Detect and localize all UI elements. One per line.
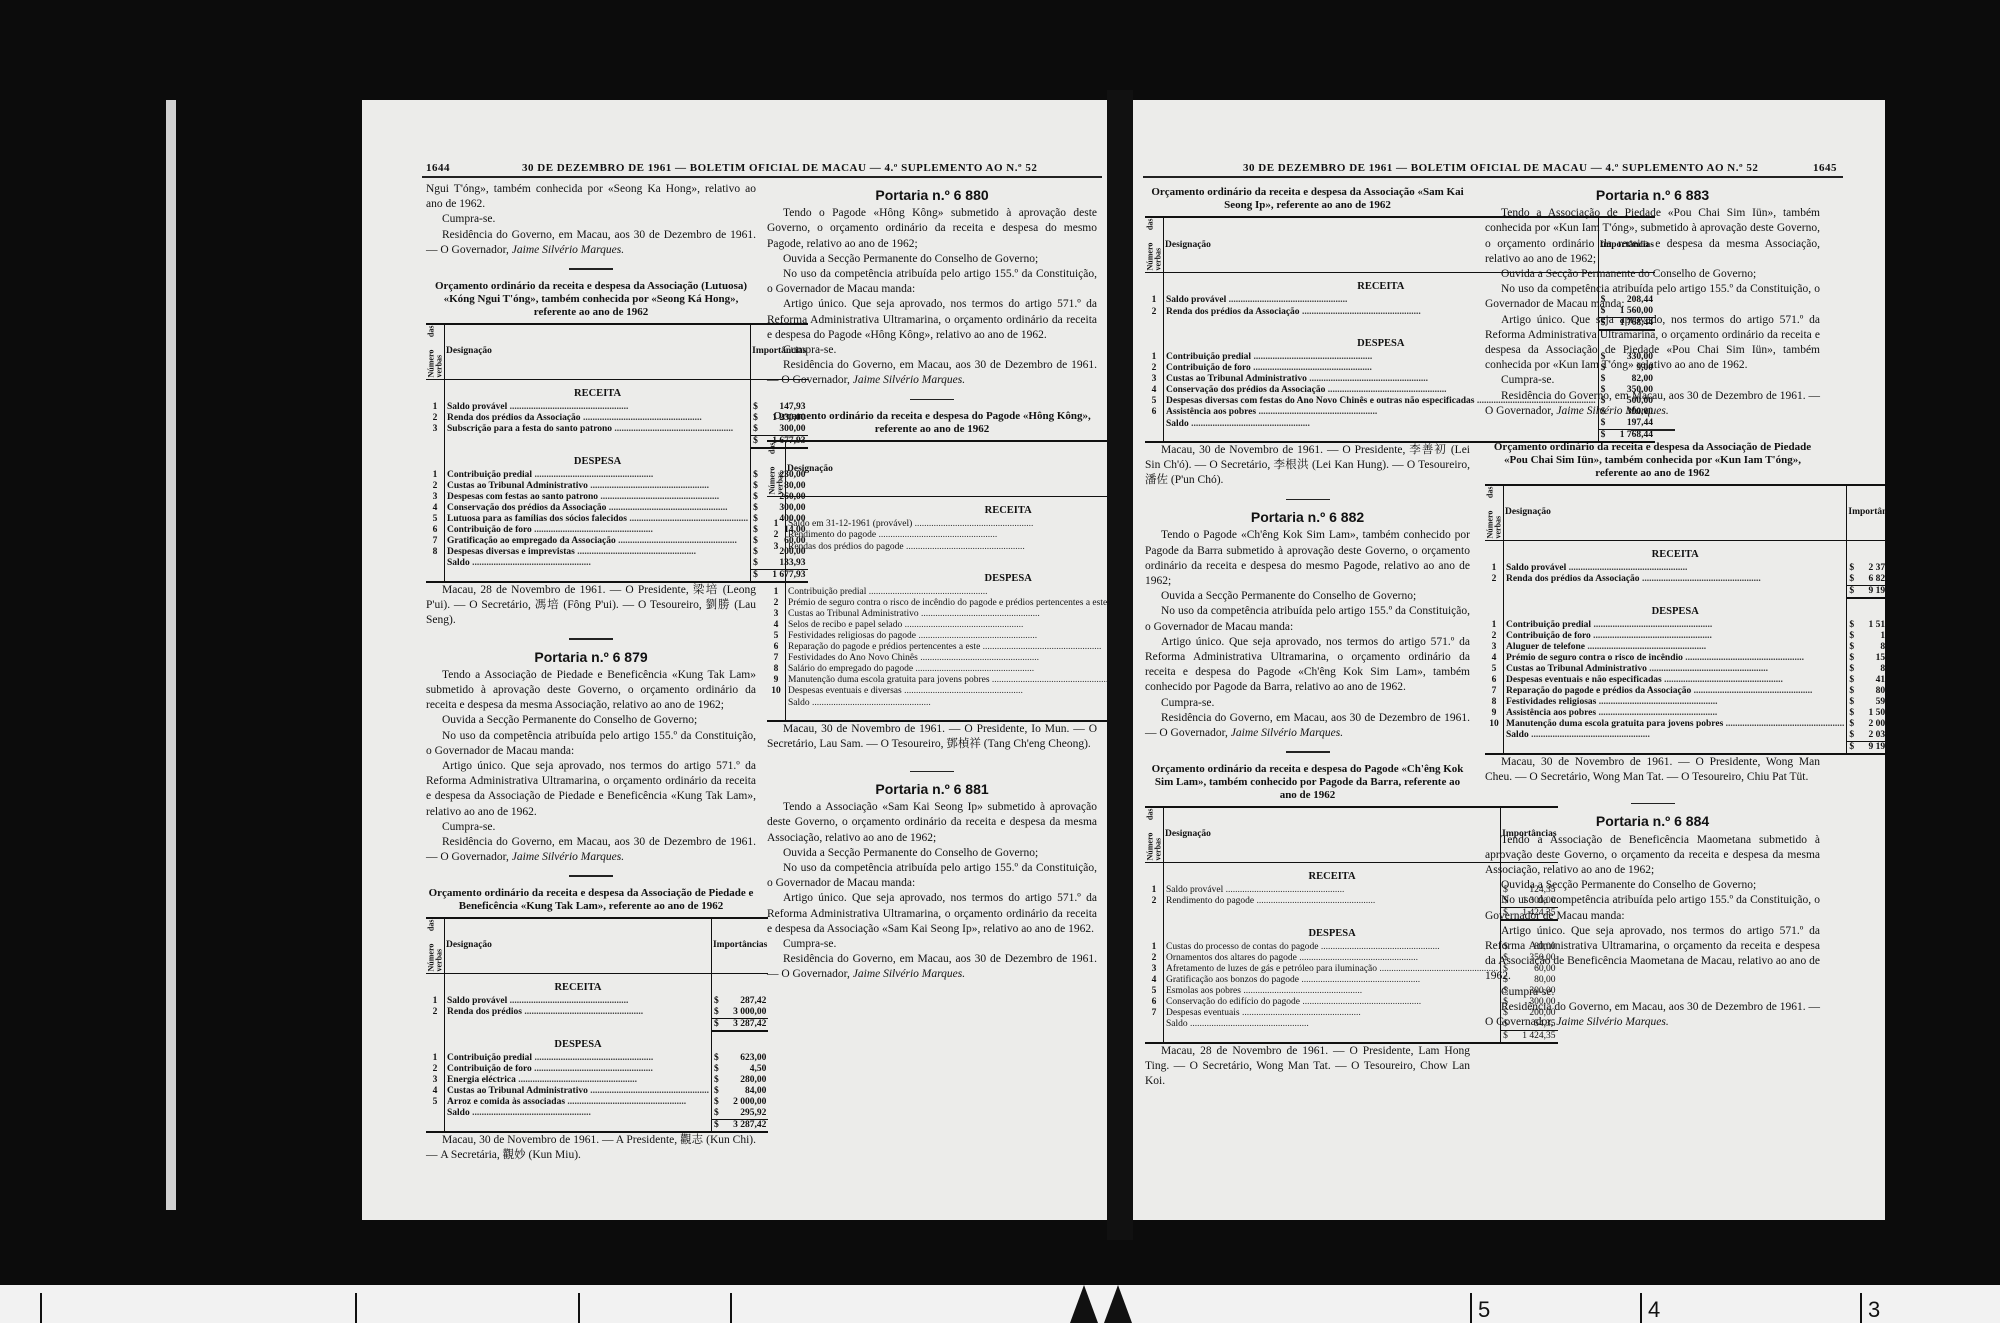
table-row: 8Salário do empregado do pagode ........… <box>767 664 1107 675</box>
leader-dots: ........................................… <box>1229 295 1348 305</box>
row-number: 2 <box>767 598 786 609</box>
row-number: 1 <box>1145 295 1164 306</box>
currency-symbol: $ <box>753 536 758 547</box>
currency-symbol: $ <box>1849 586 1854 597</box>
paragraph: No uso da competência atribuída pelo art… <box>1485 282 1820 312</box>
row-number: 4 <box>426 503 445 514</box>
row-amount: $2 000,00 <box>1847 719 1885 730</box>
film-edge-stripe <box>166 100 176 1210</box>
row-number <box>1145 418 1164 430</box>
column-header-designation: Designação <box>1504 485 1847 541</box>
table-cell <box>1145 907 1164 920</box>
page-gutter <box>1107 90 1133 1240</box>
leader-dots: ........................................… <box>812 698 931 708</box>
residencia: Residência do Governo, em Macau, aos 30 … <box>1145 711 1470 741</box>
running-header: 30 DE DEZEMBRO DE 1961 — BOLETIM OFICIAL… <box>522 162 1037 174</box>
row-number: 9 <box>1485 708 1504 719</box>
total-row: $1 424,35 <box>1145 1030 1558 1043</box>
row-number: 6 <box>1485 675 1504 686</box>
row-designation: Renda dos prédios da Associação ........… <box>445 413 751 424</box>
currency-symbol: $ <box>753 503 758 514</box>
row-number: 4 <box>767 620 786 631</box>
total-amount: $3 287,42 <box>711 1018 768 1031</box>
table-row: 5Lutuosa para as famílias dos sócios fal… <box>426 514 808 525</box>
row-number: 6 <box>426 525 445 536</box>
table-cell <box>426 973 445 996</box>
table-row: 3Aluguer de telefone ...................… <box>1485 642 1885 653</box>
separator <box>1286 751 1330 753</box>
column-header-amounts: Importâncias <box>1847 485 1885 541</box>
row-designation: Festividades do Ano Novo Chinês ........… <box>786 653 1108 664</box>
frame-marker-right-icon <box>1104 1285 1132 1323</box>
table-row: 1Saldo em 31-12-1961 (provável) ........… <box>767 519 1107 530</box>
paragraph: Ouvida a Secção Permanente do Conselho d… <box>426 713 756 728</box>
total-row: $9 196,30 <box>1485 741 1885 754</box>
total-row: $3 287,42 <box>426 1018 768 1031</box>
table-cell <box>1847 598 1885 620</box>
table-row: 2Renda dos prédios .....................… <box>426 1007 768 1019</box>
row-number: 5 <box>1145 396 1164 407</box>
total-amount: $1 424,35 <box>1501 1030 1558 1043</box>
row-number <box>1485 730 1504 742</box>
row-designation: Saldo ..................................… <box>445 558 751 570</box>
leader-dots: ........................................… <box>618 536 737 546</box>
table-row: Saldo ..................................… <box>426 558 808 570</box>
row-designation: Contribuição predial ...................… <box>1504 620 1847 631</box>
header-rule <box>1143 176 1843 178</box>
leader-dots: ........................................… <box>1253 363 1372 373</box>
row-amount: $410,00 <box>1847 675 1885 686</box>
currency-symbol: $ <box>753 470 758 481</box>
table-header-row: Número das verbasDesignaçãoImportâncias <box>767 441 1107 497</box>
leader-dots: ........................................… <box>472 1108 591 1118</box>
row-number: 7 <box>1485 686 1504 697</box>
table-row: 5Festividades religiosas do pagode .....… <box>767 631 1107 642</box>
currency-symbol: $ <box>753 558 758 569</box>
table-cell <box>426 435 445 448</box>
table-row: 5Custas ao Tribunal Administrativo .....… <box>1485 664 1885 675</box>
leader-dots: ........................................… <box>915 664 1034 674</box>
leader-dots: ........................................… <box>1726 719 1845 729</box>
row-number: 1 <box>426 996 445 1007</box>
budget-title: Orçamento ordinário da receita e despesa… <box>1145 763 1470 802</box>
row-designation: Despesas diversas e imprevistas ........… <box>445 547 751 558</box>
table-cell <box>1145 318 1164 331</box>
table-cell <box>445 569 751 582</box>
row-amount: $623,00 <box>711 1053 768 1064</box>
total-amount: $9 196,30 <box>1847 741 1885 754</box>
row-number: 1 <box>767 519 786 530</box>
paragraph: No uso da competência atribuída pelo art… <box>1485 893 1820 923</box>
paragraph: Tendo a Associação «Sam Kai Seong Ip» su… <box>767 800 1097 846</box>
section-row: RECEITA <box>1485 540 1885 563</box>
row-amount: $3 000,00 <box>711 1007 768 1019</box>
row-designation: Assistência aos pobres .................… <box>1504 708 1847 719</box>
table-cell <box>1145 430 1164 443</box>
row-number: 1 <box>767 587 786 598</box>
row-amount: $6 820,00 <box>1847 574 1885 586</box>
paragraph: Artigo único. Que seja aprovado, nos ter… <box>1485 313 1820 374</box>
leader-dots: ........................................… <box>983 642 1102 652</box>
section-label: RECEITA <box>1164 862 1501 885</box>
paragraph: Ouvida a Secção Permanente do Conselho d… <box>1485 878 1820 893</box>
row-number: 1 <box>1145 885 1164 896</box>
row-amount: $590,00 <box>1847 697 1885 708</box>
row-designation: Saldo ..................................… <box>1504 730 1847 742</box>
cumpra-se: Cumpra-se. <box>767 343 1097 358</box>
governor-signature: Jaime Silvério Marques. <box>1556 405 1668 417</box>
row-designation: Festividades religiosas ................… <box>1504 697 1847 708</box>
table-row: 10Manutenção duma escola gratuita para j… <box>1485 719 1885 730</box>
separator <box>569 638 613 640</box>
row-designation: Manutenção duma escola gratuita para jov… <box>1504 719 1847 730</box>
film-tick-mark <box>1470 1293 1472 1323</box>
leader-dots: ........................................… <box>921 609 1040 619</box>
table-row: 8Despesas diversas e imprevistas .......… <box>426 547 808 558</box>
table-cell <box>767 565 786 587</box>
table-row: 6Reparação do pagode e prédios pertencen… <box>767 642 1107 653</box>
paragraph: Tendo o Pagode «Hông Kông» submetido à a… <box>767 206 1097 252</box>
leader-dots: ........................................… <box>518 1075 637 1085</box>
left-column-1: Ngui T'óng», também conhecida por «Seong… <box>426 182 756 1163</box>
row-number: 8 <box>767 664 786 675</box>
cumpra-se: Cumpra-se. <box>1145 696 1470 711</box>
residencia: Residência do Governo, em Macau, aos 30 … <box>767 358 1097 388</box>
leader-dots: ........................................… <box>1599 697 1718 707</box>
table-cell <box>767 709 786 722</box>
total-row: $1 677,93 <box>426 435 808 448</box>
row-number <box>426 558 445 570</box>
table-cell <box>445 1018 712 1031</box>
leader-dots: ........................................… <box>1302 997 1421 1007</box>
row-designation: Energia eléctrica ......................… <box>445 1075 712 1086</box>
table-row: 2Rendimento do pagode ..................… <box>767 530 1107 541</box>
currency-symbol: $ <box>1849 697 1854 708</box>
separator <box>1286 499 1330 501</box>
leader-dots: ........................................… <box>614 424 733 434</box>
film-strip: 543 <box>0 1285 2000 1323</box>
budget-table: Número das verbasDesignaçãoImportânciasR… <box>1485 484 1820 755</box>
row-designation: Contribuição de foro ...................… <box>445 1064 712 1075</box>
row-number: 3 <box>767 609 786 620</box>
budget-table: Número das verbasDesignaçãoImportânciasR… <box>1145 216 1470 443</box>
total-row: $9 196,30 <box>1485 585 1885 598</box>
table-cell <box>786 709 1108 722</box>
leader-dots: ........................................… <box>609 503 728 513</box>
row-designation: Despesas com festas ao santo patrono ...… <box>445 492 751 503</box>
leader-dots: ........................................… <box>1258 407 1377 417</box>
leader-dots: ........................................… <box>1226 885 1345 895</box>
column-header-number: Número das verbas <box>1145 807 1164 863</box>
leader-dots: ........................................… <box>577 547 696 557</box>
table-cell <box>426 448 445 470</box>
row-number: 2 <box>767 530 786 541</box>
table-row: 7Festividades do Ano Novo Chinês .......… <box>767 653 1107 664</box>
leader-dots: ........................................… <box>1593 631 1712 641</box>
row-designation: Reparação do pagode e prédios pertencent… <box>786 642 1108 653</box>
table-cell <box>426 1018 445 1031</box>
row-amount: $1 519,80 <box>1847 620 1885 631</box>
governor-signature: Jaime Silvério Marques. <box>512 851 624 863</box>
table-row: 3Rendas dos prédios do pagode ..........… <box>767 541 1107 553</box>
currency-symbol: $ <box>714 1097 719 1108</box>
currency-symbol: $ <box>1849 664 1854 675</box>
row-number: 2 <box>426 1064 445 1075</box>
currency-symbol: $ <box>1849 719 1854 730</box>
film-frame-number: 4 <box>1648 1297 1660 1323</box>
right-page: 30 DE DEZEMBRO DE 1961 — BOLETIM OFICIAL… <box>1133 100 1885 1220</box>
leader-dots: ........................................… <box>1302 307 1421 317</box>
residencia: Residência do Governo, em Macau, aos 30 … <box>767 952 1097 982</box>
currency-symbol: $ <box>1503 1031 1508 1042</box>
row-designation: Gratificação ao empregado da Associação … <box>445 536 751 547</box>
row-number: 10 <box>767 686 786 697</box>
table-cell <box>426 379 445 402</box>
column-header-amounts: Importâncias <box>711 918 768 974</box>
total-amount: $3 287,42 <box>711 1119 768 1132</box>
currency-symbol: $ <box>1849 742 1854 753</box>
section-label: DESPESA <box>445 448 751 470</box>
table-row: Saldo ..................................… <box>426 1108 768 1120</box>
film-frame-number: 5 <box>1478 1297 1490 1323</box>
paragraph: Artigo único. Que seja aprovado, nos ter… <box>1145 635 1470 696</box>
table-cell <box>445 1119 712 1132</box>
row-designation: Renda dos prédios ......................… <box>445 1007 712 1019</box>
row-number: 1 <box>426 470 445 481</box>
separator <box>1631 803 1675 805</box>
separator <box>569 875 613 877</box>
table-cell <box>1145 1030 1164 1043</box>
table-cell <box>1145 330 1164 352</box>
row-designation: Prémio de seguro contra o risco de incên… <box>786 598 1108 609</box>
section-row: DESPESA <box>767 565 1107 587</box>
row-number: 1 <box>1485 563 1504 574</box>
table-cell <box>1145 862 1164 885</box>
section-label: DESPESA <box>1504 598 1847 620</box>
total-row: $8 428,76 <box>767 709 1107 722</box>
signatures: Macau, 28 de Novembro de 1961. — O Presi… <box>426 583 756 629</box>
table-cell <box>1164 1030 1501 1043</box>
currency-symbol: $ <box>1849 675 1854 686</box>
left-page: 1644 30 DE DEZEMBRO DE 1961 — BOLETIM OF… <box>362 100 1107 1220</box>
leader-dots: ........................................… <box>590 481 709 491</box>
row-number: 3 <box>426 492 445 503</box>
currency-symbol: $ <box>753 402 758 413</box>
leader-dots: ........................................… <box>905 620 1024 630</box>
column-header-designation: Designação <box>1164 807 1501 863</box>
signatures: Macau, 30 de Novembro de 1961. — O Presi… <box>1145 443 1470 489</box>
paragraph: No uso da competência atribuída pelo art… <box>767 267 1097 297</box>
portaria-title: Portaria n.º 6 880 <box>767 188 1097 203</box>
table-cell <box>426 1119 445 1132</box>
row-designation: Saldo provável .........................… <box>1164 885 1501 896</box>
table-row: 2Renda dos prédios da Associação .......… <box>426 413 808 424</box>
section-row: DESPESA <box>426 1031 768 1053</box>
row-number: 4 <box>1485 653 1504 664</box>
section-row: RECEITA <box>426 973 768 996</box>
row-designation: Custas ao Tribunal Administrativo ......… <box>786 609 1108 620</box>
paragraph: Tendo a Associação de Beneficência Maome… <box>1485 833 1820 879</box>
section-row: DESPESA <box>426 448 808 470</box>
table-row: 4Prémio de seguro contra o risco de incê… <box>1485 653 1885 664</box>
film-tick-mark <box>578 1293 580 1323</box>
currency-symbol: $ <box>1849 631 1854 642</box>
row-number: 3 <box>1145 374 1164 385</box>
row-designation: Rendimento do pagode ...................… <box>786 530 1108 541</box>
row-designation: Saldo provável .........................… <box>1504 563 1847 574</box>
table-cell <box>1485 585 1504 598</box>
table-row: 1Contribuição predial ..................… <box>426 1053 768 1064</box>
separator <box>910 771 954 773</box>
total-amount: $9 196,30 <box>1847 585 1885 598</box>
portaria-title: Portaria n.º 6 879 <box>426 650 756 665</box>
row-amount: $84,00 <box>711 1086 768 1097</box>
leader-dots: ........................................… <box>1569 563 1688 573</box>
currency-symbol: $ <box>753 413 758 424</box>
row-number: 1 <box>1145 352 1164 363</box>
row-designation: Despesas eventuais e não especificadas .… <box>1504 675 1847 686</box>
leader-dots: ........................................… <box>510 996 629 1006</box>
currency-symbol: $ <box>1849 653 1854 664</box>
row-amount: $4,50 <box>711 1064 768 1075</box>
currency-symbol: $ <box>714 1064 719 1075</box>
row-amount: $280,00 <box>711 1075 768 1086</box>
section-label: RECEITA <box>1504 540 1847 563</box>
budget-table: Número das verbasDesignaçãoImportânciasR… <box>767 440 1097 722</box>
row-number: 1 <box>426 402 445 413</box>
row-number: 4 <box>426 1086 445 1097</box>
section-row: RECEITA <box>426 379 808 402</box>
currency-symbol: $ <box>714 1108 719 1119</box>
table-row: 8Festividades religiosas ...............… <box>1485 697 1885 708</box>
row-amount: $157,00 <box>1847 653 1885 664</box>
row-designation: Saldo ..................................… <box>786 697 1108 709</box>
leader-dots: ........................................… <box>915 519 1034 529</box>
column-header-designation: Designação <box>786 441 1108 497</box>
running-header: 30 DE DEZEMBRO DE 1961 — BOLETIM OFICIAL… <box>1243 162 1758 174</box>
governor-signature: Jaime Silvério Marques. <box>853 374 965 386</box>
column-header-number: Número das verbas <box>1145 217 1164 273</box>
signatures: Macau, 30 de Novembro de 1961. — A Presi… <box>426 1133 756 1163</box>
left-column-2: Portaria n.º 6 880 Tendo o Pagode «Hông … <box>767 182 1097 983</box>
row-number: 2 <box>426 481 445 492</box>
residencia: Residência do Governo, em Macau, aos 30 … <box>1485 1000 1820 1030</box>
row-number: 2 <box>1485 574 1504 586</box>
row-designation: Contribuição predial ...................… <box>445 470 751 481</box>
row-designation: Contribuição de foro ...................… <box>1504 631 1847 642</box>
paragraph: Ouvida a Secção Permanente do Conselho d… <box>767 252 1097 267</box>
row-number: 2 <box>1145 896 1164 908</box>
governor-signature: Jaime Silvério Marques. <box>1556 1016 1668 1028</box>
currency-symbol: $ <box>1849 642 1854 653</box>
cumpra-se: Cumpra-se. <box>1485 985 1820 1000</box>
table-cell <box>1504 741 1847 754</box>
currency-symbol: $ <box>1849 708 1854 719</box>
table-row: 2Contribuição de foro ..................… <box>1485 631 1885 642</box>
leader-dots: ........................................… <box>920 653 1039 663</box>
leader-dots: ........................................… <box>1299 953 1418 963</box>
table-cell <box>426 1031 445 1053</box>
row-designation: Manutenção duma escola gratuita para jov… <box>786 675 1108 686</box>
governor-signature: Jaime Silvério Marques. <box>512 244 624 256</box>
leader-dots: ........................................… <box>1328 385 1447 395</box>
budget-title: Orçamento ordinário da receita e despesa… <box>1145 186 1470 212</box>
paragraph: Ouvida a Secção Permanente do Conselho d… <box>767 846 1097 861</box>
leader-dots: ........................................… <box>1242 1008 1361 1018</box>
row-designation: Contribuição predial ...................… <box>786 587 1108 598</box>
row-number: 6 <box>1145 997 1164 1008</box>
page-number: 1645 <box>1813 162 1837 174</box>
governor-signature: Jaime Silvério Marques. <box>853 968 965 980</box>
paragraph: Artigo único. Que seja aprovado, nos ter… <box>767 891 1097 937</box>
budget-table: Número das verbasDesignaçãoImportânciasR… <box>426 323 756 583</box>
row-designation: Gratificação aos bonzos do pagode ......… <box>1164 975 1501 986</box>
paragraph: Tendo o Pagode «Ch'êng Kok Sim Lam», tam… <box>1145 528 1470 589</box>
table-cell <box>1485 741 1504 754</box>
film-tick-mark <box>1640 1293 1642 1323</box>
row-number: 5 <box>426 514 445 525</box>
currency-symbol: $ <box>753 436 758 447</box>
section-row: RECEITA <box>767 497 1107 520</box>
table-header-row: Número das verbasDesignaçãoImportâncias <box>1485 485 1885 541</box>
table-row: 1Contribuição predial ..................… <box>1485 620 1885 631</box>
row-number: 7 <box>767 653 786 664</box>
row-designation: Selos de recibo e papel selado .........… <box>786 620 1108 631</box>
leader-dots: ........................................… <box>1309 374 1428 384</box>
leader-dots: ........................................… <box>1191 419 1310 429</box>
leader-dots: ........................................… <box>1642 574 1761 584</box>
leader-dots: ........................................… <box>1685 653 1804 663</box>
leader-dots: ........................................… <box>1649 664 1768 674</box>
leader-dots: ........................................… <box>510 402 629 412</box>
currency-symbol: $ <box>714 1019 719 1030</box>
row-designation: Custas ao Tribunal Administrativo ......… <box>445 1086 712 1097</box>
page-number: 1644 <box>426 162 450 174</box>
section-label: DESPESA <box>445 1031 712 1053</box>
leader-dots: ........................................… <box>534 1053 653 1063</box>
leader-dots: ........................................… <box>1301 975 1420 985</box>
row-amount: $2 000,00 <box>711 1097 768 1108</box>
table-row: 1Saldo provável ........................… <box>426 402 808 413</box>
table-cell <box>1485 598 1504 620</box>
right-column-2: Portaria n.º 6 883 Tendo a Associação de… <box>1485 182 1820 1030</box>
row-number: 2 <box>426 413 445 424</box>
column-header-number: Número das verbas <box>426 918 445 974</box>
row-designation: Subscrição para a festa do santo patrono… <box>445 424 751 436</box>
residencia: Residência do Governo, em Macau, aos 30 … <box>1485 389 1820 419</box>
cumpra-se: Cumpra-se. <box>767 937 1097 952</box>
residencia: Residência do Governo, em Macau, aos 30 … <box>426 228 756 258</box>
table-header-row: Número das verbasDesignaçãoImportâncias <box>426 918 768 974</box>
film-tick-mark <box>40 1293 42 1323</box>
row-designation: Arroz e comida às associadas ...........… <box>445 1097 712 1108</box>
row-number: 2 <box>1145 953 1164 964</box>
row-number: 1 <box>426 1053 445 1064</box>
total-row: $1 677,93 <box>426 569 808 582</box>
currency-symbol: $ <box>714 1007 719 1018</box>
table-row: 2Custas ao Tribunal Administrativo .....… <box>426 481 808 492</box>
currency-symbol: $ <box>753 492 758 503</box>
leader-dots: ........................................… <box>906 542 1025 552</box>
row-designation: Aluguer de telefone ....................… <box>1504 642 1847 653</box>
leader-dots: ........................................… <box>583 413 702 423</box>
table-row: 1Contribuição predial ..................… <box>426 470 808 481</box>
leader-dots: ........................................… <box>600 492 719 502</box>
leader-dots: ........................................… <box>918 631 1037 641</box>
row-amount: $287,42 <box>711 996 768 1007</box>
table-row: 5Arroz e comida às associadas ..........… <box>426 1097 768 1108</box>
signatures: Macau, 28 de Novembro de 1961. — O Presi… <box>1145 1044 1470 1090</box>
